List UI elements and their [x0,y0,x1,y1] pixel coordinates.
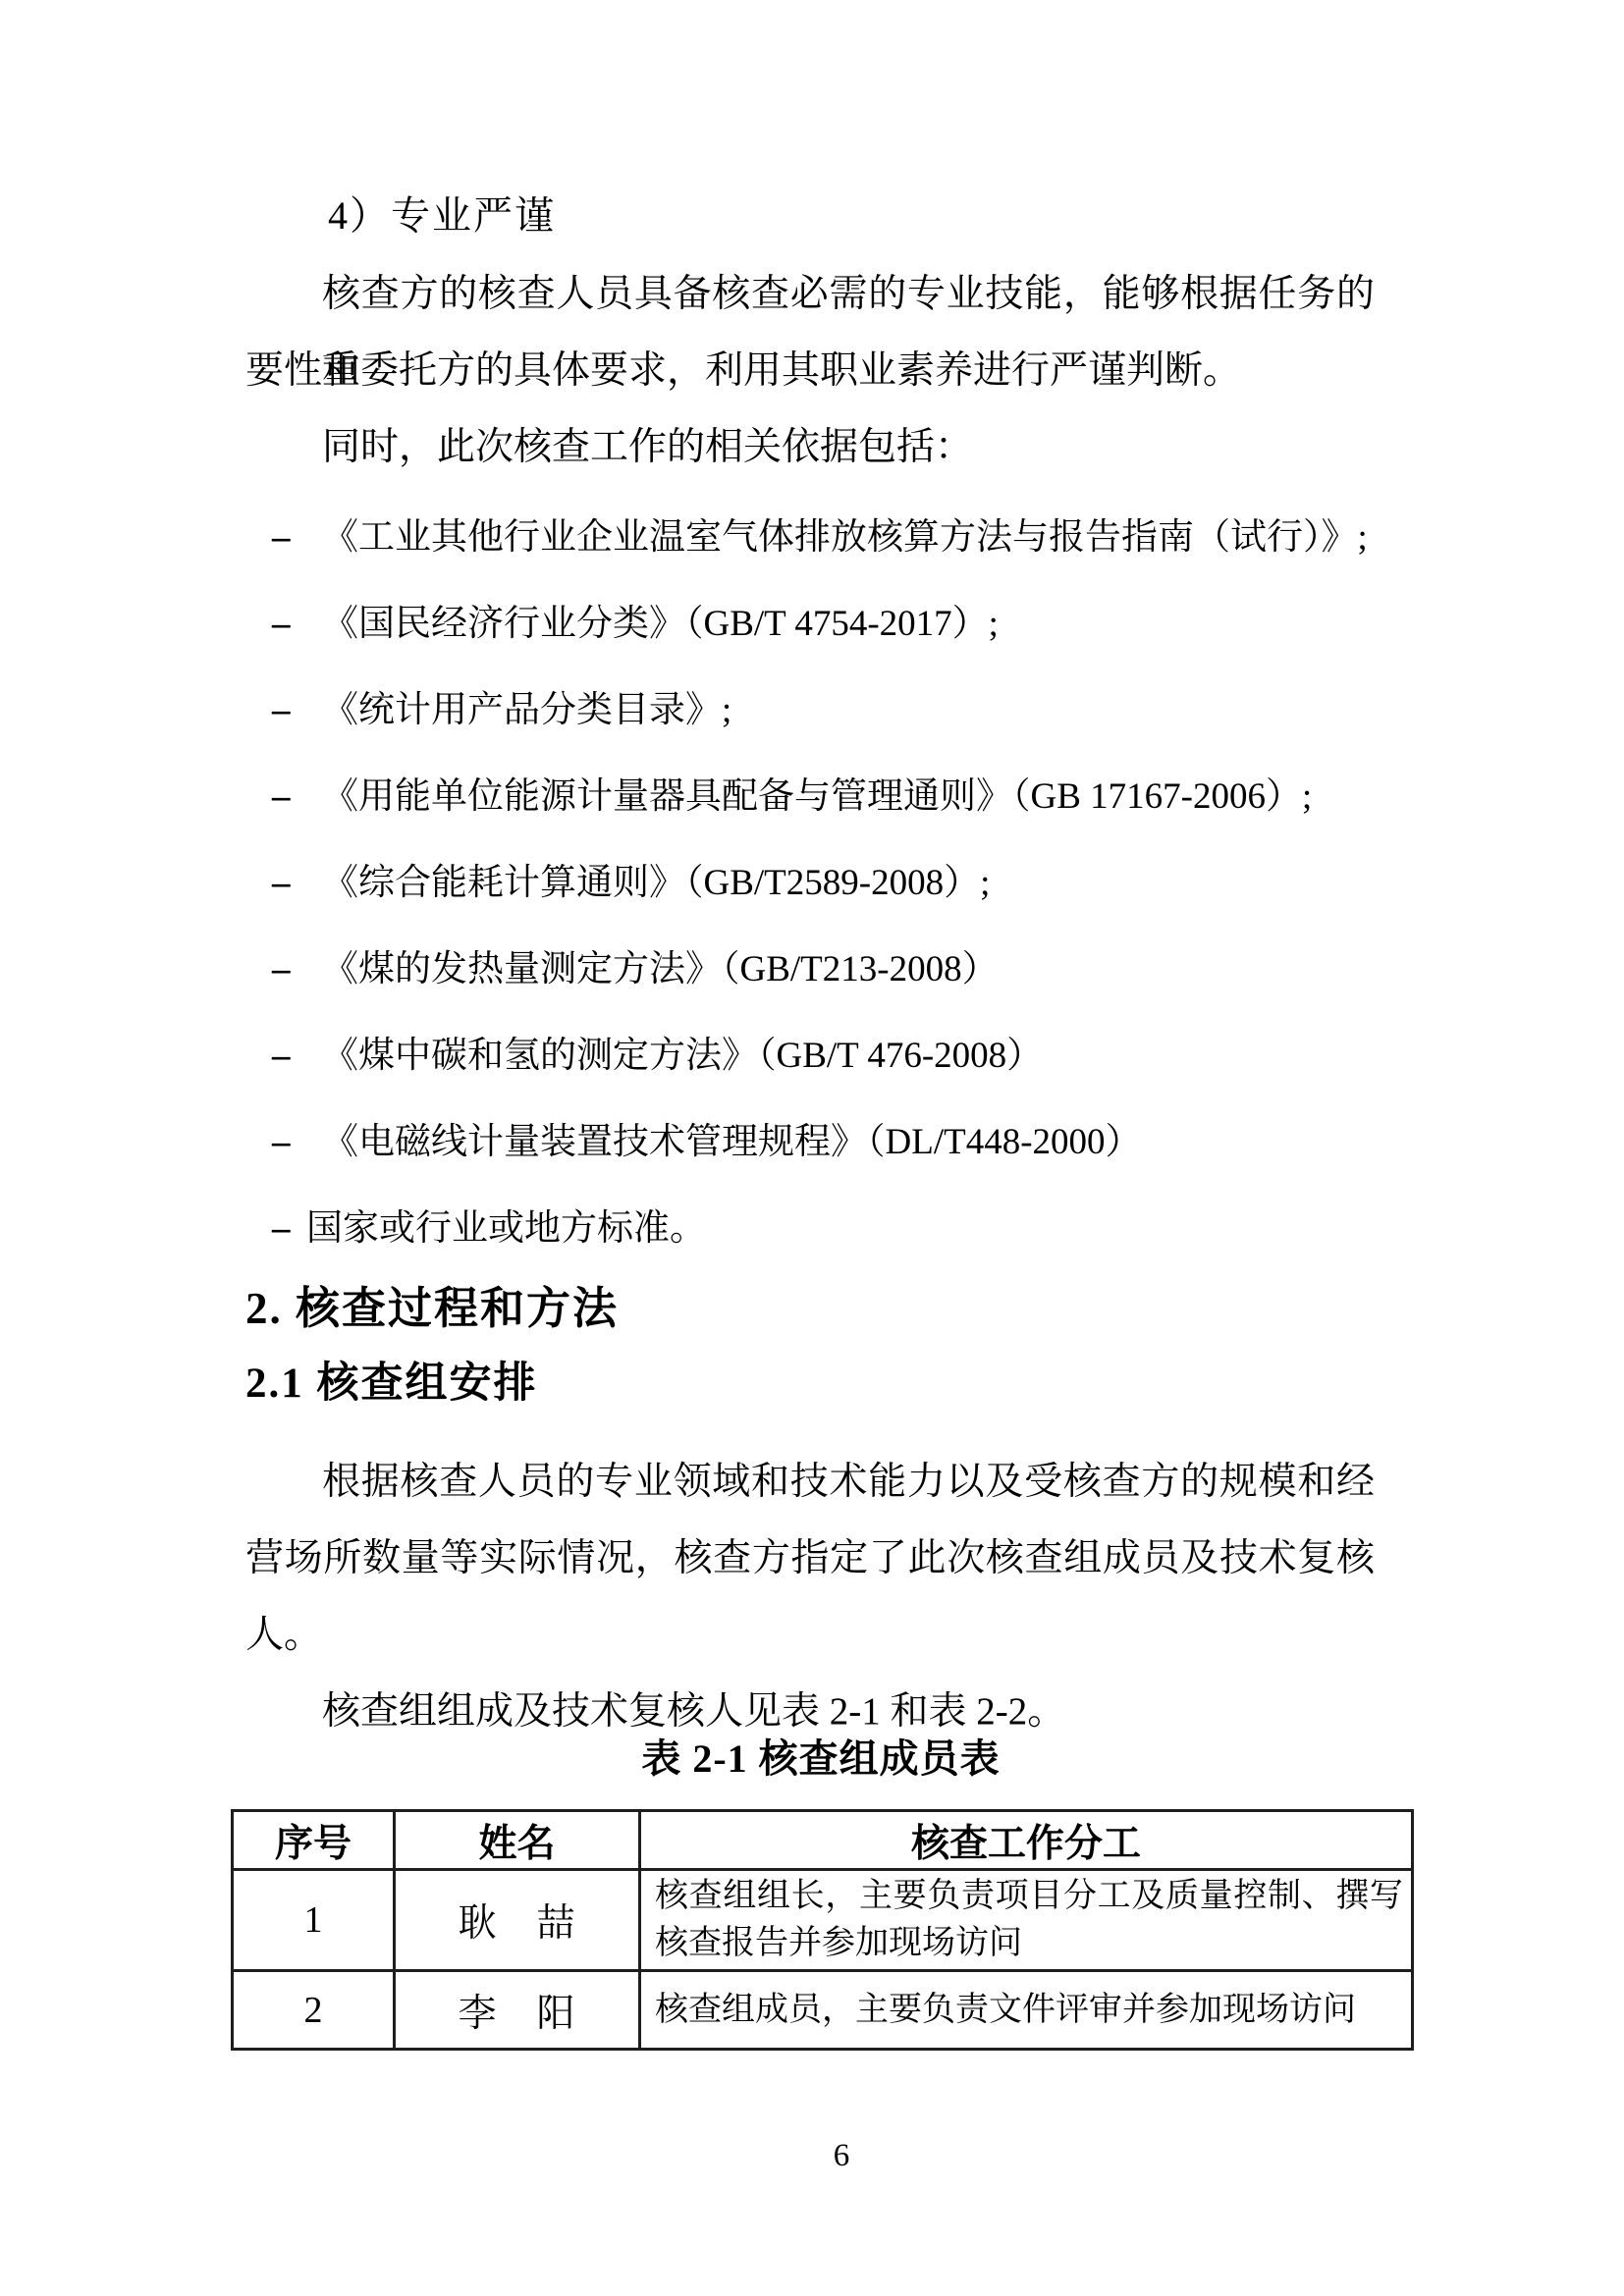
cell-no: 1 [233,1870,395,1971]
document-page: 4）专业严谨 核查方的核查人员具备核查必需的专业技能，能够根据任务的重 要性和委… [0,0,1624,2296]
text-line: 核查报告并参加现场访问 [655,1920,1403,1967]
cell-name: 耿 喆 [395,1870,640,1971]
bullet-dash: – [272,777,322,817]
text-line: 核查组成员，主要负责文件评审并参加现场访问 [655,1987,1403,2034]
reference-text: 国家或行业或地方标准。 [306,1209,706,1249]
text-line: 要性和委托方的具体要求，利用其职业素养进行严谨判断。 [245,333,1375,409]
bullet-dash: – [272,605,322,644]
reference-text: 《电磁线计量装置技术管理规程》（DL/T448-2000） [322,1123,1142,1162]
reference-text: 《煤中碳和氢的测定方法》（GB/T 476-2008） [322,1037,1043,1076]
cell-duty: 核查组成员，主要负责文件评审并参加现场访问 [640,1971,1413,2050]
text-line: 核查方的核查人员具备核查必需的专业技能，能够根据任务的重 [245,256,1375,333]
subsection-heading-2-1: 2.1 核查组安排 [245,1360,538,1409]
bullet-dash: – [272,691,322,730]
reference-item: – 《统计用产品分类目录》; [245,691,1473,730]
text-line: 人。 [245,1597,1375,1674]
cell-name: 李 阳 [395,1971,640,2050]
reference-item: – 《工业其他行业企业温室气体排放核算方法与报告指南（试行）》; [245,518,1473,558]
text-line: 根据核查人员的专业领域和技术能力以及受核查方的规模和经 [245,1444,1375,1521]
page-number: 6 [834,2136,850,2175]
reference-item: – 《煤的发热量测定方法》（GB/T213-2008） [245,950,1473,989]
section-heading-2: 2. 核查过程和方法 [245,1282,619,1335]
table-header-row: 序号 姓名 核查工作分工 [233,1811,1413,1870]
subsection-heading-4: 4）专业严谨 [328,192,556,240]
reference-item: – 《国民经济行业分类》（GB/T 4754-2017）; [245,605,1473,644]
text-line: 营场所数量等实际情况，核查方指定了此次核查组成员及技术复核 [245,1521,1375,1597]
bullet-dash: – [272,1123,322,1162]
cell-no: 2 [233,1971,395,2050]
text-line: 核查组组长，主要负责项目分工及质量控制、撰写 [655,1873,1403,1920]
header-cell-duty: 核查工作分工 [640,1811,1413,1870]
bullet-dash: – [272,864,322,903]
table-row: 1 耿 喆 核查组组长，主要负责项目分工及质量控制、撰写 核查报告并参加现场访问 [233,1870,1413,1971]
bullet-dash: – [272,1209,306,1249]
reference-list: – 《工业其他行业企业温室气体排放核算方法与报告指南（试行）》; – 《国民经济… [245,518,1473,1249]
bullet-dash: – [272,950,322,989]
header-cell-name: 姓名 [395,1811,640,1870]
bullet-dash: – [272,518,322,558]
paragraph-basis-intro: 同时，此次核查工作的相关依据包括： [245,409,1396,486]
table-row: 2 李 阳 核查组成员，主要负责文件评审并参加现场访问 [233,1971,1413,2050]
reference-item: – 《煤中碳和氢的测定方法》（GB/T 476-2008） [245,1037,1473,1076]
reference-text: 《用能单位能源计量器具配备与管理通则》（GB 17167-2006）; [322,777,1312,817]
reference-text: 《综合能耗计算通则》（GB/T2589-2008）; [322,864,990,903]
header-cell-no: 序号 [233,1811,395,1870]
paragraph-team-arrangement: 根据核查人员的专业领域和技术能力以及受核查方的规模和经 营场所数量等实际情况，核… [245,1444,1396,1674]
cell-duty: 核查组组长，主要负责项目分工及质量控制、撰写 核查报告并参加现场访问 [640,1870,1413,1971]
paragraph-professional-rigor: 核查方的核查人员具备核查必需的专业技能，能够根据任务的重 要性和委托方的具体要求… [245,256,1396,409]
team-member-table: 序号 姓名 核查工作分工 1 耿 喆 核查组组长，主要负责项目分工及质量控制、撰… [231,1809,1414,2051]
reference-text: 《工业其他行业企业温室气体排放核算方法与报告指南（试行）》; [322,518,1368,558]
reference-item: – 《用能单位能源计量器具配备与管理通则》（GB 17167-2006）; [245,777,1473,817]
reference-item: – 《综合能耗计算通则》（GB/T2589-2008）; [245,864,1473,903]
reference-text: 《统计用产品分类目录》; [322,691,731,730]
reference-text: 《煤的发热量测定方法》（GB/T213-2008） [322,950,999,989]
bullet-dash: – [272,1037,322,1076]
table-2-1-title: 表 2-1 核查组成员表 [245,1735,1396,1783]
reference-text: 《国民经济行业分类》（GB/T 4754-2017）; [322,605,999,644]
text-line: 同时，此次核查工作的相关依据包括： [245,409,1375,486]
reference-item: – 《电磁线计量装置技术管理规程》（DL/T448-2000） [245,1123,1473,1162]
reference-item: – 国家或行业或地方标准。 [245,1209,1473,1249]
